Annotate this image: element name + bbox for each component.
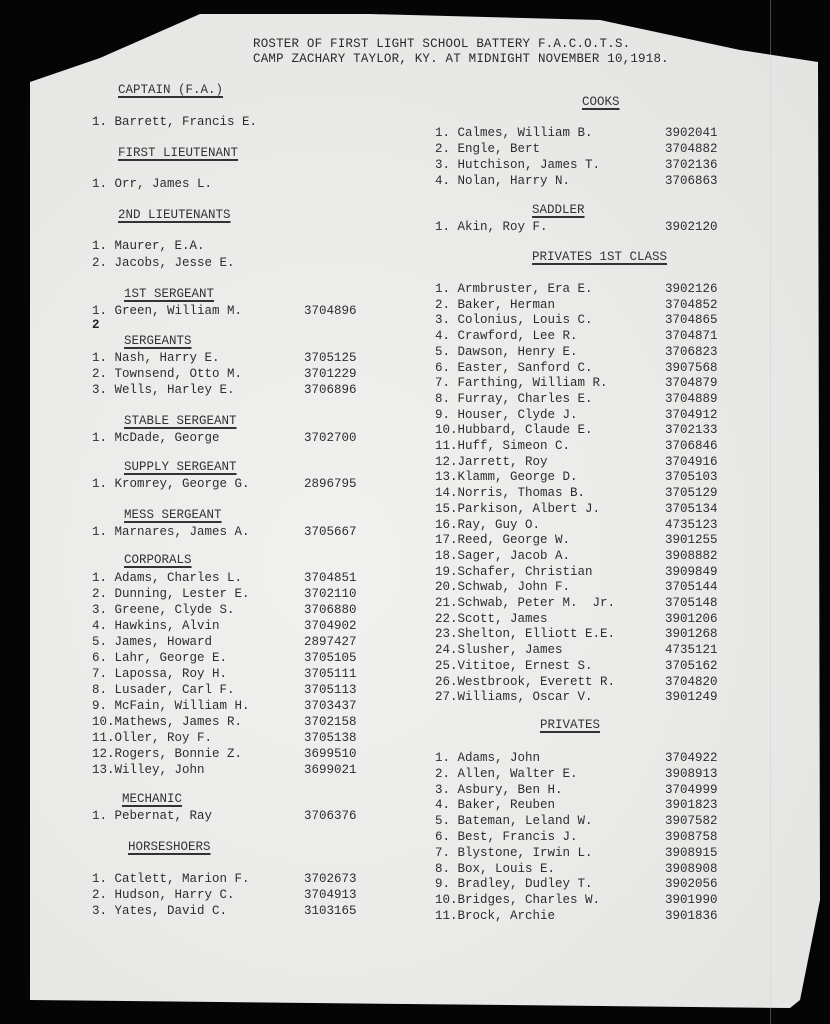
entry-serial-number: 3908882: [665, 548, 718, 564]
entry-name: 7. Blystone, Irwin L.: [435, 845, 593, 861]
roster-entry: 1. Orr, James L.: [92, 176, 374, 192]
entry-name: 23.Shelton, Elliott E.E.: [435, 626, 615, 642]
roster-entry: 26.Westbrook, Everett R.3704820: [435, 674, 735, 690]
roster-entry: 13.Willey, John3699021: [92, 762, 374, 778]
roster-entry: 9. McFain, William H.3703437: [92, 698, 374, 714]
section-title-privates: PRIVATES: [540, 718, 600, 732]
entry-serial-number: 3705144: [665, 579, 718, 595]
roster-entry: 2. Dunning, Lester E.3702110: [92, 586, 374, 602]
entry-serial-number: 3704871: [665, 328, 718, 344]
roster-entry: 11.Huff, Simeon C.3706846: [435, 438, 735, 454]
entry-serial-number: 3704865: [665, 312, 718, 328]
entry-name: 8. Lusader, Carl F.: [92, 682, 235, 698]
entry-serial-number: 3706896: [304, 382, 357, 398]
entry-name: 7. Lapossa, Roy H.: [92, 666, 227, 682]
entry-name: 1. Nash, Harry E.: [92, 350, 220, 366]
section-title-supply-sergeant: SUPPLY SERGEANT: [124, 460, 237, 474]
roster-entry: 5. Dawson, Henry E.3706823: [435, 344, 735, 360]
entry-name: 1. Marnares, James A.: [92, 524, 250, 540]
entry-name: 1. Catlett, Marion F.: [92, 871, 250, 887]
roster-entry: 4. Crawford, Lee R.3704871: [435, 328, 735, 344]
entry-name: 4. Hawkins, Alvin: [92, 618, 220, 634]
entry-serial-number: 3702158: [304, 714, 357, 730]
entry-name: 11.Oller, Roy F.: [92, 730, 212, 746]
roster-entry: 23.Shelton, Elliott E.E.3901268: [435, 626, 735, 642]
roster-entry: 16.Ray, Guy O.4735123: [435, 517, 735, 533]
entry-serial-number: 3705667: [304, 524, 357, 540]
entry-serial-number: 3705113: [304, 682, 357, 698]
roster-entry: 9. Bradley, Dudley T.3902056: [435, 876, 735, 892]
entry-name: 11.Brock, Archie: [435, 908, 555, 924]
roster-entry: 10.Mathews, James R.3702158: [92, 714, 374, 730]
entry-serial-number: 3706846: [665, 438, 718, 454]
roster-entry: 15.Parkison, Albert J.3705134: [435, 501, 735, 517]
section-title-privates-first-class: PRIVATES 1ST CLASS: [532, 250, 667, 264]
roster-entry: 2. Allen, Walter E.3908913: [435, 766, 735, 782]
entry-name: 18.Sager, Jacob A.: [435, 548, 570, 564]
entry-name: 24.Slusher, James: [435, 642, 563, 658]
entry-name: 9. McFain, William H.: [92, 698, 250, 714]
entry-name: 15.Parkison, Albert J.: [435, 501, 600, 517]
entry-name: 7. Farthing, William R.: [435, 375, 608, 391]
roster-entry: 22.Scott, James3901206: [435, 611, 735, 627]
entry-name: 3. Wells, Harley E.: [92, 382, 235, 398]
entry-serial-number: 3705148: [665, 595, 718, 611]
roster-entry: 1. Akin, Roy F.3902120: [435, 219, 735, 235]
entry-name: 10.Mathews, James R.: [92, 714, 242, 730]
entry-name: 22.Scott, James: [435, 611, 548, 627]
entry-name: 9. Bradley, Dudley T.: [435, 876, 593, 892]
entry-name: 6. Lahr, George E.: [92, 650, 227, 666]
entry-serial-number: 3907568: [665, 360, 718, 376]
entry-serial-number: 3706376: [304, 808, 357, 824]
roster-entry: 4. Hawkins, Alvin3704902: [92, 618, 374, 634]
entry-name: 8. Furray, Charles E.: [435, 391, 593, 407]
entry-serial-number: 3901990: [665, 892, 718, 908]
roster-entry: 5. Bateman, Leland W.3907582: [435, 813, 735, 829]
roster-entry: 3. Asbury, Ben H.3704999: [435, 782, 735, 798]
entry-name: 1. Calmes, William B.: [435, 125, 593, 141]
entry-serial-number: 3902041: [665, 125, 718, 141]
entry-serial-number: 3902126: [665, 281, 718, 297]
roster-entry: 3. Yates, David C.3103165: [92, 903, 374, 919]
entry-serial-number: 2896795: [304, 476, 357, 492]
roster-entry: 24.Slusher, James4735121: [435, 642, 735, 658]
entry-name: 6. Easter, Sanford C.: [435, 360, 593, 376]
entry-serial-number: 3705138: [304, 730, 357, 746]
entry-name: 2. Baker, Herman: [435, 297, 555, 313]
roster-entry: 3. Greene, Clyde S.3706880: [92, 602, 374, 618]
section-title-captain: CAPTAIN (F.A.): [118, 83, 223, 97]
entry-name: 2. Dunning, Lester E.: [92, 586, 250, 602]
roster-entry: 7. Blystone, Irwin L.3908915: [435, 845, 735, 861]
entry-serial-number: 3907582: [665, 813, 718, 829]
title-line-1: ROSTER OF FIRST LIGHT SCHOOL BATTERY F.A…: [253, 37, 669, 52]
entry-name: 21.Schwab, Peter M. Jr.: [435, 595, 615, 611]
section-title-saddler: SADDLER: [532, 203, 585, 217]
title-line-2: CAMP ZACHARY TAYLOR, KY. AT MIDNIGHT NOV…: [253, 52, 669, 67]
entry-serial-number: 3901206: [665, 611, 718, 627]
roster-entry: 4. Nolan, Harry N.3706863: [435, 173, 735, 189]
entry-serial-number: 3705134: [665, 501, 718, 517]
roster-entry: 18.Sager, Jacob A.3908882: [435, 548, 735, 564]
entry-serial-number: 3699510: [304, 746, 357, 762]
roster-entry: 2. Hudson, Harry C.3704913: [92, 887, 374, 903]
entry-serial-number: 2897427: [304, 634, 357, 650]
entry-serial-number: 3703437: [304, 698, 357, 714]
entry-serial-number: 3902120: [665, 219, 718, 235]
section-title-corporals: CORPORALS: [124, 553, 192, 567]
roster-entry: 1. Marnares, James A.3705667: [92, 524, 374, 540]
roster-entry: 2. Townsend, Otto M.3701229: [92, 366, 374, 382]
section-title-mess-sergeant: MESS SERGEANT: [124, 508, 222, 522]
roster-entry: 5. James, Howard2897427: [92, 634, 374, 650]
fold-line: [770, 0, 771, 1024]
entry-serial-number: 3704889: [665, 391, 718, 407]
document-header: ROSTER OF FIRST LIGHT SCHOOL BATTERY F.A…: [253, 37, 669, 67]
entry-name: 13.Klamm, George D.: [435, 469, 578, 485]
entry-serial-number: 3902056: [665, 876, 718, 892]
roster-entry: 11.Brock, Archie3901836: [435, 908, 735, 924]
roster-entry: 1. Kromrey, George G.2896795: [92, 476, 374, 492]
entry-serial-number: 3706880: [304, 602, 357, 618]
roster-entry: 4. Baker, Reuben3901823: [435, 797, 735, 813]
entry-name: 2. Townsend, Otto M.: [92, 366, 242, 382]
entry-serial-number: 3704912: [665, 407, 718, 423]
section-title-mechanic: MECHANIC: [122, 792, 182, 806]
entry-serial-number: 3704922: [665, 750, 718, 766]
entry-serial-number: 3702136: [665, 157, 718, 173]
entry-name: 4. Crawford, Lee R.: [435, 328, 578, 344]
roster-entry: 1. Calmes, William B.3902041: [435, 125, 735, 141]
roster-entry: 1. Adams, Charles L.3704851: [92, 570, 374, 586]
entry-name: 1. Green, William M.: [92, 303, 242, 319]
entry-name: 10.Bridges, Charles W.: [435, 892, 600, 908]
entry-name: 1. Maurer, E.A.: [92, 238, 205, 254]
entry-name: 16.Ray, Guy O.: [435, 517, 540, 533]
entry-name: 3. Greene, Clyde S.: [92, 602, 235, 618]
roster-entry: 27.Williams, Oscar V.3901249: [435, 689, 735, 705]
section-title-sergeants: SERGEANTS: [124, 334, 192, 348]
roster-entry: 1. Barrett, Francis E.: [92, 114, 374, 130]
entry-serial-number: 4735121: [665, 642, 718, 658]
roster-entry: 8. Lusader, Carl F.3705113: [92, 682, 374, 698]
roster-entry: 9. Houser, Clyde J.3704912: [435, 407, 735, 423]
entry-serial-number: 3701229: [304, 366, 357, 382]
entry-name: 19.Schafer, Christian: [435, 564, 593, 580]
roster-entry: 6. Lahr, George E.3705105: [92, 650, 374, 666]
roster-entry: 14.Norris, Thomas B.3705129: [435, 485, 735, 501]
entry-serial-number: 3706863: [665, 173, 718, 189]
entry-serial-number: 3704999: [665, 782, 718, 798]
entry-serial-number: 3704879: [665, 375, 718, 391]
entry-name: 4. Nolan, Harry N.: [435, 173, 570, 189]
entry-serial-number: 3901268: [665, 626, 718, 642]
entry-serial-number: 3704913: [304, 887, 357, 903]
entry-serial-number: 3702110: [304, 586, 357, 602]
roster-entry: 10.Hubbard, Claude E.3702133: [435, 422, 735, 438]
entry-serial-number: 3704820: [665, 674, 718, 690]
entry-name: 1. Adams, Charles L.: [92, 570, 242, 586]
entry-name: 2. Allen, Walter E.: [435, 766, 578, 782]
entry-name: 1. Orr, James L.: [92, 176, 212, 192]
roster-entry: 1. Armbruster, Era E.3902126: [435, 281, 735, 297]
entry-name: 27.Williams, Oscar V.: [435, 689, 593, 705]
roster-entry: 3. Colonius, Louis C.3704865: [435, 312, 735, 328]
entry-serial-number: 3909849: [665, 564, 718, 580]
entry-serial-number: 3704902: [304, 618, 357, 634]
entry-serial-number: 3705103: [665, 469, 718, 485]
roster-entry: 12.Rogers, Bonnie Z.3699510: [92, 746, 374, 762]
section-title-stable-sergeant: STABLE SERGEANT: [124, 414, 237, 428]
roster-entry: 2. Jacobs, Jesse E.: [92, 255, 374, 271]
entry-name: 5. Bateman, Leland W.: [435, 813, 593, 829]
section-title-first-sergeant: 1ST SERGEANT: [124, 287, 214, 301]
stray-handwritten-mark: 2: [92, 318, 100, 332]
entry-serial-number: 3705111: [304, 666, 357, 682]
entry-serial-number: 3908915: [665, 845, 718, 861]
entry-name: 8. Box, Louis E.: [435, 861, 555, 877]
entry-name: 5. James, Howard: [92, 634, 212, 650]
roster-entry: 1. Green, William M.3704896: [92, 303, 374, 319]
roster-entry: 2. Engle, Bert3704882: [435, 141, 735, 157]
entry-name: 1. Pebernat, Ray: [92, 808, 212, 824]
entry-serial-number: 3705105: [304, 650, 357, 666]
roster-entry: 6. Easter, Sanford C.3907568: [435, 360, 735, 376]
roster-entry: 3. Wells, Harley E.3706896: [92, 382, 374, 398]
entry-name: 4. Baker, Reuben: [435, 797, 555, 813]
roster-entry: 1. Maurer, E.A.: [92, 238, 374, 254]
roster-entry: 7. Lapossa, Roy H.3705111: [92, 666, 374, 682]
entry-serial-number: 3702673: [304, 871, 357, 887]
entry-serial-number: 4735123: [665, 517, 718, 533]
entry-serial-number: 3901249: [665, 689, 718, 705]
roster-entry: 8. Box, Louis E.3908908: [435, 861, 735, 877]
entry-name: 2. Engle, Bert: [435, 141, 540, 157]
entry-name: 11.Huff, Simeon C.: [435, 438, 570, 454]
roster-entry: 19.Schafer, Christian3909849: [435, 564, 735, 580]
entry-name: 10.Hubbard, Claude E.: [435, 422, 593, 438]
roster-entry: 20.Schwab, John F.3705144: [435, 579, 735, 595]
entry-name: 9. Houser, Clyde J.: [435, 407, 578, 423]
entry-serial-number: 3908758: [665, 829, 718, 845]
roster-entry: 10.Bridges, Charles W.3901990: [435, 892, 735, 908]
entry-serial-number: 3103165: [304, 903, 357, 919]
entry-name: 13.Willey, John: [92, 762, 205, 778]
entry-serial-number: 3901836: [665, 908, 718, 924]
entry-name: 1. Adams, John: [435, 750, 540, 766]
roster-entry: 1. McDade, George3702700: [92, 430, 374, 446]
entry-serial-number: 3908908: [665, 861, 718, 877]
entry-serial-number: 3702700: [304, 430, 357, 446]
entry-serial-number: 3901823: [665, 797, 718, 813]
roster-entry: 1. Catlett, Marion F.3702673: [92, 871, 374, 887]
entry-name: 1. Barrett, Francis E.: [92, 114, 257, 130]
entry-name: 2. Jacobs, Jesse E.: [92, 255, 235, 271]
section-title-horseshoers: HORSESHOERS: [128, 840, 211, 854]
entry-serial-number: 3705129: [665, 485, 718, 501]
roster-entry: 25.Vititoe, Ernest S.3705162: [435, 658, 735, 674]
entry-name: 6. Best, Francis J.: [435, 829, 578, 845]
entry-name: 1. Akin, Roy F.: [435, 219, 548, 235]
roster-entry: 17.Reed, George W.3901255: [435, 532, 735, 548]
entry-serial-number: 3704882: [665, 141, 718, 157]
entry-name: 1. Kromrey, George G.: [92, 476, 250, 492]
section-title-second-lieutenants: 2ND LIEUTENANTS: [118, 208, 231, 222]
roster-entry: 3. Hutchison, James T.3702136: [435, 157, 735, 173]
roster-entry: 2. Baker, Herman3704852: [435, 297, 735, 313]
entry-serial-number: 3704916: [665, 454, 718, 470]
entry-serial-number: 3704852: [665, 297, 718, 313]
entry-name: 20.Schwab, John F.: [435, 579, 570, 595]
roster-entry: 1. Adams, John3704922: [435, 750, 735, 766]
entry-name: 2. Hudson, Harry C.: [92, 887, 235, 903]
entry-serial-number: 3704851: [304, 570, 357, 586]
section-title-cooks: COOKS: [582, 95, 620, 109]
roster-entry: 6. Best, Francis J.3908758: [435, 829, 735, 845]
roster-entry: 12.Jarrett, Roy3704916: [435, 454, 735, 470]
entry-name: 26.Westbrook, Everett R.: [435, 674, 615, 690]
section-title-first-lieutenant: FIRST LIEUTENANT: [118, 146, 238, 160]
entry-name: 17.Reed, George W.: [435, 532, 570, 548]
roster-entry: 7. Farthing, William R.3704879: [435, 375, 735, 391]
entry-name: 5. Dawson, Henry E.: [435, 344, 578, 360]
entry-serial-number: 3699021: [304, 762, 357, 778]
entry-serial-number: 3705125: [304, 350, 357, 366]
entry-name: 1. Armbruster, Era E.: [435, 281, 593, 297]
entry-serial-number: 3908913: [665, 766, 718, 782]
entry-name: 25.Vititoe, Ernest S.: [435, 658, 593, 674]
entry-name: 12.Rogers, Bonnie Z.: [92, 746, 242, 762]
entry-serial-number: 3706823: [665, 344, 718, 360]
roster-entry: 1. Nash, Harry E.3705125: [92, 350, 374, 366]
entry-name: 1. McDade, George: [92, 430, 220, 446]
entry-name: 12.Jarrett, Roy: [435, 454, 548, 470]
roster-entry: 13.Klamm, George D.3705103: [435, 469, 735, 485]
roster-entry: 8. Furray, Charles E.3704889: [435, 391, 735, 407]
entry-name: 3. Yates, David C.: [92, 903, 227, 919]
roster-entry: 11.Oller, Roy F.3705138: [92, 730, 374, 746]
roster-entry: 21.Schwab, Peter M. Jr.3705148: [435, 595, 735, 611]
entry-name: 3. Asbury, Ben H.: [435, 782, 563, 798]
roster-entry: 1. Pebernat, Ray3706376: [92, 808, 374, 824]
entry-serial-number: 3901255: [665, 532, 718, 548]
entry-serial-number: 3705162: [665, 658, 718, 674]
entry-name: 3. Hutchison, James T.: [435, 157, 600, 173]
entry-name: 14.Norris, Thomas B.: [435, 485, 585, 501]
entry-name: 3. Colonius, Louis C.: [435, 312, 593, 328]
entry-serial-number: 3704896: [304, 303, 357, 319]
entry-serial-number: 3702133: [665, 422, 718, 438]
